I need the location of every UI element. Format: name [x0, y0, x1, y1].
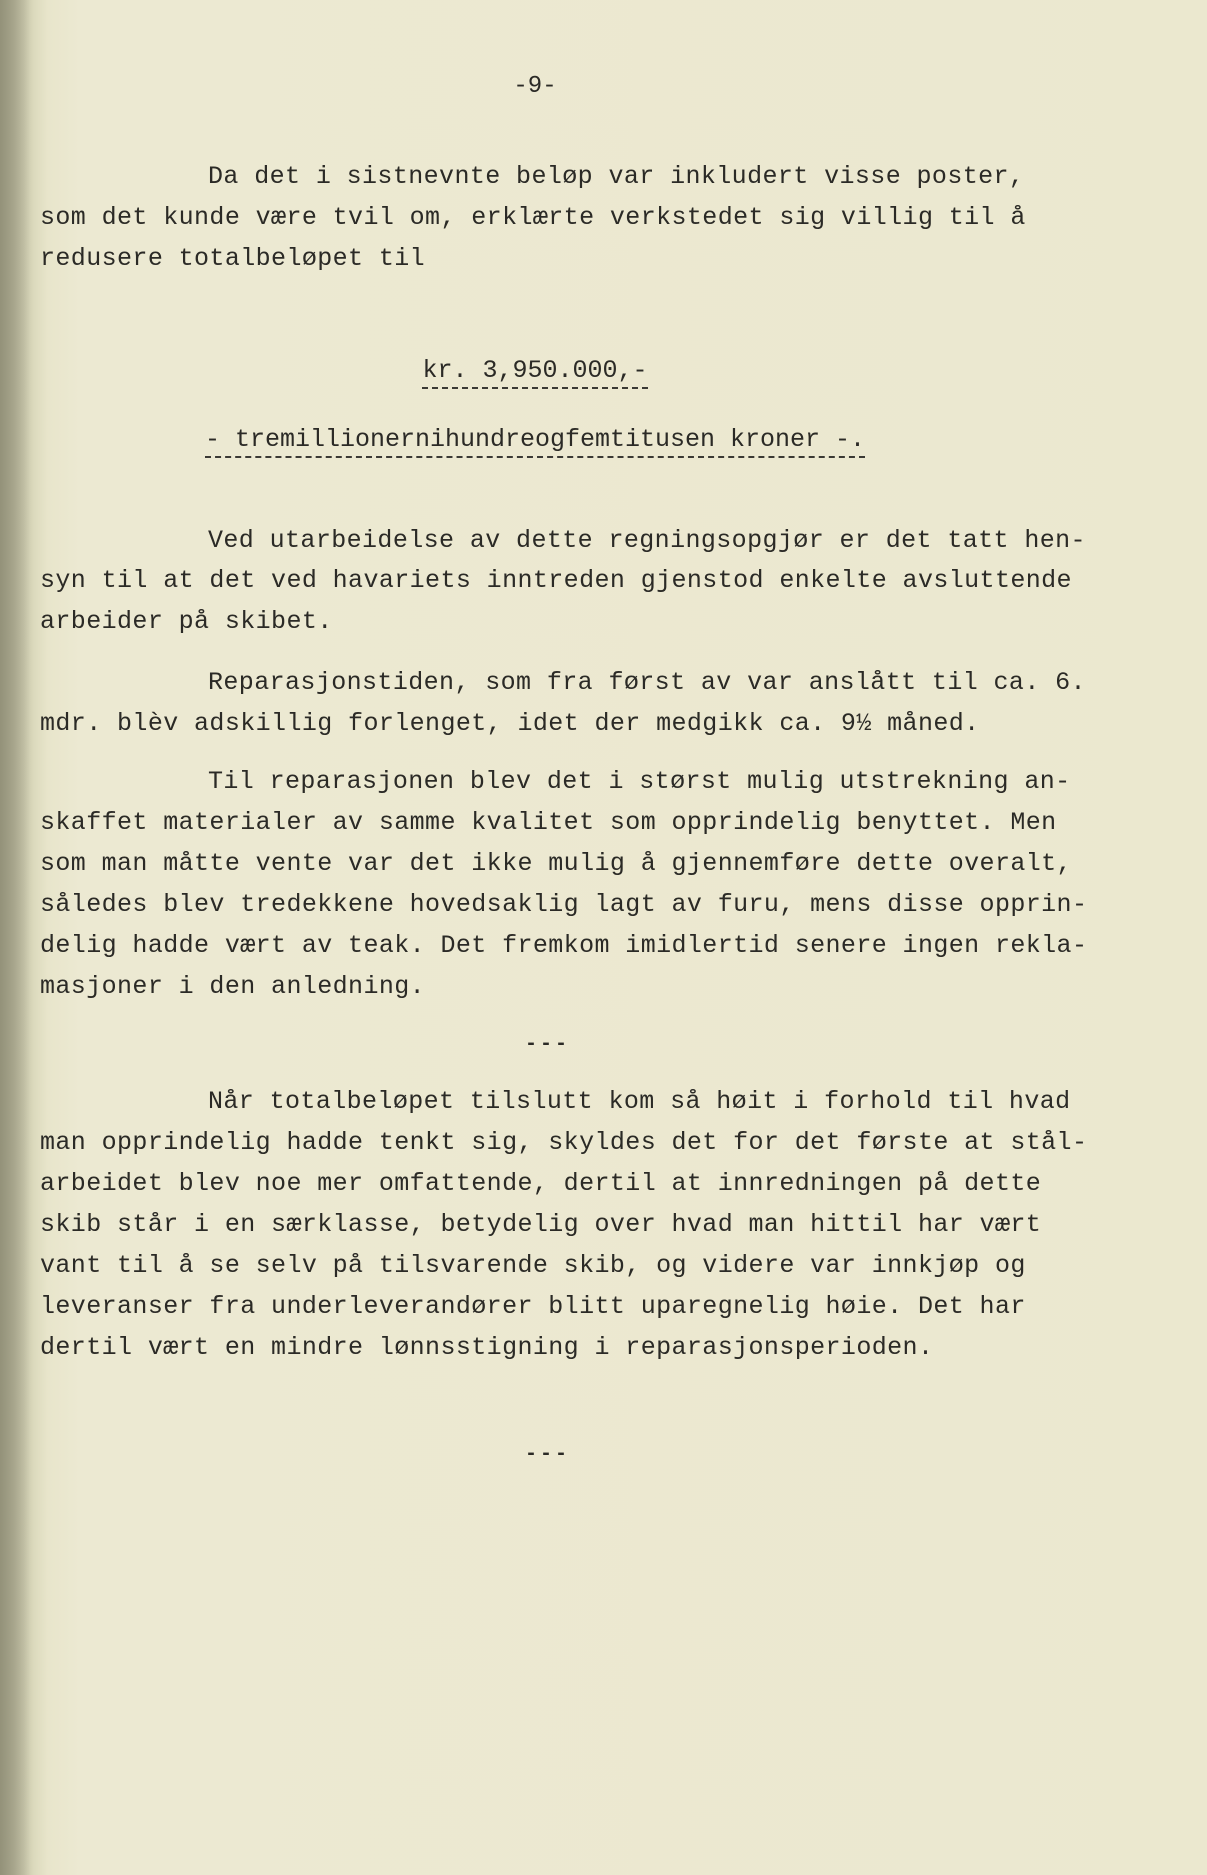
paragraph-5-line-1: Når totalbeløpet tilslutt kom så høit i … [208, 1087, 1071, 1117]
paragraph-5-line-5: vant til å se selv på tilsvarende skib, … [40, 1251, 1026, 1281]
amount-value: kr. 3,950.000,- [422, 356, 647, 389]
paragraph-4-line-4: således blev tredekkene hovedsaklig lagt… [40, 890, 1087, 920]
paragraph-3-line-2: mdr. blèv adskillig forlenget, idet der … [40, 709, 980, 739]
amount-words-value: - tremillionernihundreogfemtitusen krone… [205, 425, 865, 458]
paragraph-5-line-6: leveranser fra underleverandører blitt u… [40, 1292, 1026, 1322]
paragraph-1-line-2: som det kunde være tvil om, erklærte ver… [40, 203, 1026, 233]
paragraph-2-line-1: Ved utarbeidelse av dette regningsopgjør… [208, 526, 1086, 556]
paragraph-3-line-1: Reparasjonstiden, som fra først av var a… [208, 668, 1086, 698]
paragraph-5-line-4: skib står i en særklasse, betydelig over… [40, 1210, 1041, 1240]
paragraph-5-line-7: dertil vært en mindre lønnsstigning i re… [40, 1333, 933, 1363]
paragraph-5-line-2: man opprindelig hadde tenkt sig, skyldes… [40, 1128, 1087, 1158]
paragraph-5-line-3: arbeidet blev noe mer omfattende, dertil… [40, 1169, 1041, 1199]
paragraph-4-line-1: Til reparasjonen blev det i størst mulig… [208, 767, 1071, 797]
end-separator: --- [0, 1440, 1095, 1470]
paragraph-1-line-3: redusere totalbeløpet til [40, 244, 425, 274]
paragraph-4-line-3: som man måtte vente var det ikke mulig å… [40, 849, 1072, 879]
paragraph-4-line-2: skaffet materialer av samme kvalitet som… [40, 808, 1057, 838]
amount-in-words: - tremillionernihundreogfemtitusen krone… [0, 425, 1070, 455]
paragraph-2-line-2: syn til at det ved havariets inntreden g… [40, 566, 1072, 596]
paragraph-4-line-6: masjoner i den anledning. [40, 972, 425, 1002]
binding-shadow [0, 0, 30, 1875]
section-separator: --- [0, 1030, 1095, 1060]
paragraph-1-line-1: Da det i sistnevnte beløp var inkludert … [208, 162, 1024, 192]
amount: kr. 3,950.000,- [0, 356, 1070, 386]
page-number: -9- [0, 72, 1070, 102]
paragraph-4-line-5: delig hadde vært av teak. Det fremkom im… [40, 931, 1087, 961]
paragraph-2-line-3: arbeider på skibet. [40, 607, 333, 637]
